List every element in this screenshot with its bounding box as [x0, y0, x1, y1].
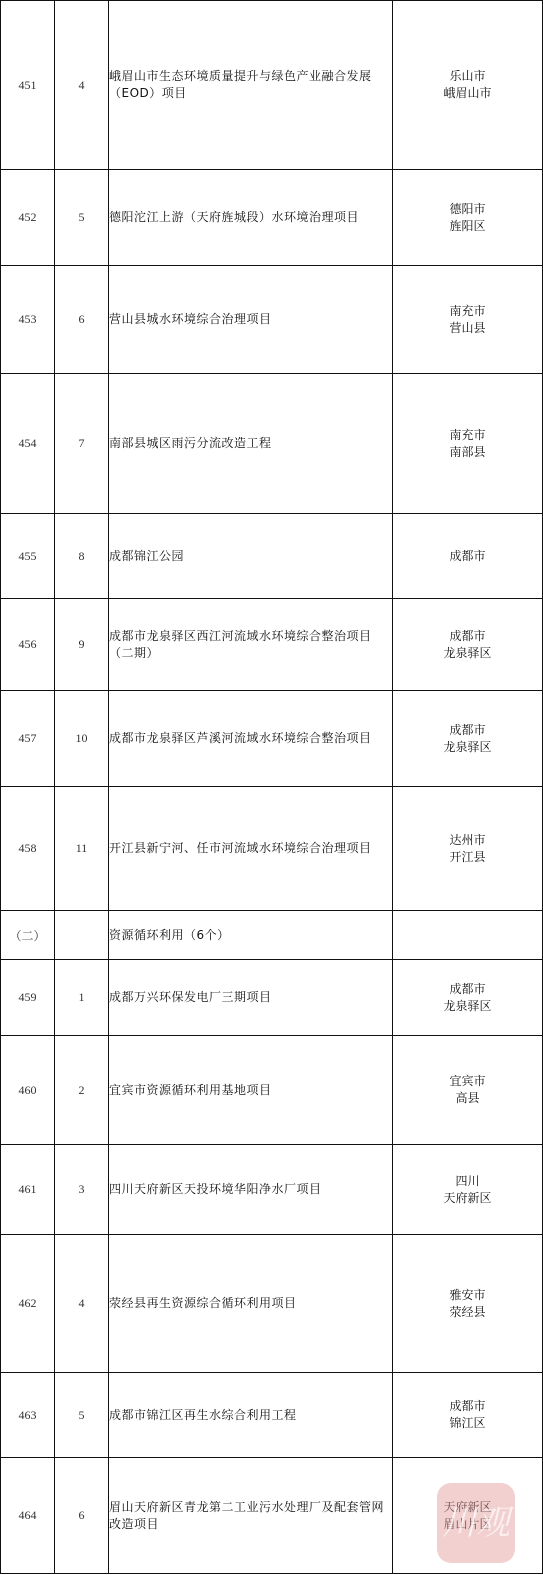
sequence-number-cell: 11 — [55, 787, 109, 911]
location-district: 南部县 — [393, 444, 542, 461]
table-row: 4569成都市龙泉驿区西江河流域水环境综合整治项目（二期）成都市龙泉驿区 — [1, 599, 543, 691]
location-cell: 四川天府新区 — [393, 1145, 543, 1235]
location-city: 天府新区 — [393, 1499, 542, 1516]
location-district: 高县 — [393, 1090, 542, 1107]
section-header-row: （二）资源循环利用（6个） — [1, 911, 543, 960]
table-row: 4613四川天府新区天投环境华阳净水厂项目四川天府新区 — [1, 1145, 543, 1235]
location-district: 峨眉山市 — [393, 85, 542, 102]
location-cell: 德阳市旌阳区 — [393, 170, 543, 266]
location-cell: 成都市锦江区 — [393, 1373, 543, 1458]
project-table-body: 4514峨眉山市生态环境质量提升与绿色产业融合发展（EOD）项目乐山市峨眉山市4… — [1, 1, 543, 1574]
table-row: 4514峨眉山市生态环境质量提升与绿色产业融合发展（EOD）项目乐山市峨眉山市 — [1, 1, 543, 170]
overall-number-cell: 462 — [1, 1235, 55, 1373]
table-row: 45811开江县新宁河、任市河流域水环境综合治理项目达州市开江县 — [1, 787, 543, 911]
sequence-number-cell: 5 — [55, 1373, 109, 1458]
location-district: 旌阳区 — [393, 218, 542, 235]
sequence-number-cell: 6 — [55, 1458, 109, 1574]
location-district: 天府新区 — [393, 1190, 542, 1207]
location-city: 达州市 — [393, 832, 542, 849]
table-row: 4602宜宾市资源循环利用基地项目宜宾市高县 — [1, 1036, 543, 1145]
location-cell: 成都市龙泉驿区 — [393, 691, 543, 787]
sequence-number-cell: 9 — [55, 599, 109, 691]
sequence-number-cell: 4 — [55, 1, 109, 170]
project-name-cell: 成都锦江公园 — [109, 514, 393, 599]
location-city: 南充市 — [393, 427, 542, 444]
location-cell: 雅安市荥经县 — [393, 1235, 543, 1373]
section-title-cell: 资源循环利用（6个） — [109, 911, 393, 960]
location-city: 南充市 — [393, 303, 542, 320]
table-row: 4547南部县城区雨污分流改造工程南充市南部县 — [1, 374, 543, 514]
table-row: 4591成都万兴环保发电厂三期项目成都市龙泉驿区 — [1, 960, 543, 1036]
location-city: 乐山市 — [393, 68, 542, 85]
location-cell: 成都市 — [393, 514, 543, 599]
location-cell: 宜宾市高县 — [393, 1036, 543, 1145]
project-name-cell: 荥经县再生资源综合循环利用项目 — [109, 1235, 393, 1373]
sequence-number-cell: 5 — [55, 170, 109, 266]
overall-number-cell: 457 — [1, 691, 55, 787]
project-name-cell: 峨眉山市生态环境质量提升与绿色产业融合发展（EOD）项目 — [109, 1, 393, 170]
overall-number-cell: 460 — [1, 1036, 55, 1145]
sequence-number-cell: 7 — [55, 374, 109, 514]
location-district: 荥经县 — [393, 1304, 542, 1321]
location-city: 成都市 — [393, 1398, 542, 1415]
project-name-cell: 成都万兴环保发电厂三期项目 — [109, 960, 393, 1036]
table-row: 4624荥经县再生资源综合循环利用项目雅安市荥经县 — [1, 1235, 543, 1373]
sequence-number-cell: 2 — [55, 1036, 109, 1145]
overall-number-cell: （二） — [1, 911, 55, 960]
overall-number-cell: 458 — [1, 787, 55, 911]
location-city: 成都市 — [393, 722, 542, 739]
location-cell: 天府新区眉山片区 — [393, 1458, 543, 1574]
project-name-cell: 成都市龙泉驿区西江河流域水环境综合整治项目（二期） — [109, 599, 393, 691]
table-row: 4525德阳沱江上游（天府旌城段）水环境治理项目德阳市旌阳区 — [1, 170, 543, 266]
location-city: 雅安市 — [393, 1287, 542, 1304]
project-name-cell: 德阳沱江上游（天府旌城段）水环境治理项目 — [109, 170, 393, 266]
overall-number-cell: 455 — [1, 514, 55, 599]
location-city: 成都市 — [393, 981, 542, 998]
location-cell: 南充市营山县 — [393, 266, 543, 374]
location-district: 锦江区 — [393, 1415, 542, 1432]
location-district: 龙泉驿区 — [393, 739, 542, 756]
location-cell: 南充市南部县 — [393, 374, 543, 514]
location-district: 眉山片区 — [393, 1516, 542, 1533]
location-cell: 乐山市峨眉山市 — [393, 1, 543, 170]
sequence-number-cell — [55, 911, 109, 960]
location-district: 开江县 — [393, 849, 542, 866]
overall-number-cell: 461 — [1, 1145, 55, 1235]
location-city: 德阳市 — [393, 201, 542, 218]
location-cell: 成都市龙泉驿区 — [393, 960, 543, 1036]
location-district: 龙泉驿区 — [393, 645, 542, 662]
sequence-number-cell: 10 — [55, 691, 109, 787]
location-city: 成都市 — [393, 548, 542, 565]
overall-number-cell: 463 — [1, 1373, 55, 1458]
sequence-number-cell: 4 — [55, 1235, 109, 1373]
location-city: 成都市 — [393, 628, 542, 645]
sequence-number-cell: 3 — [55, 1145, 109, 1235]
project-name-cell: 成都市锦江区再生水综合利用工程 — [109, 1373, 393, 1458]
location-cell: 成都市龙泉驿区 — [393, 599, 543, 691]
table-row: 4558成都锦江公园成都市 — [1, 514, 543, 599]
sequence-number-cell: 1 — [55, 960, 109, 1036]
project-name-cell: 眉山天府新区青龙第二工业污水处理厂及配套管网改造项目 — [109, 1458, 393, 1574]
overall-number-cell: 453 — [1, 266, 55, 374]
table-row: 4536营山县城水环境综合治理项目南充市营山县 — [1, 266, 543, 374]
table-row: 4646眉山天府新区青龙第二工业污水处理厂及配套管网改造项目天府新区眉山片区 — [1, 1458, 543, 1574]
table-row: 4635成都市锦江区再生水综合利用工程成都市锦江区 — [1, 1373, 543, 1458]
location-district: 营山县 — [393, 320, 542, 337]
project-name-cell: 营山县城水环境综合治理项目 — [109, 266, 393, 374]
location-cell — [393, 911, 543, 960]
overall-number-cell: 464 — [1, 1458, 55, 1574]
project-table: 4514峨眉山市生态环境质量提升与绿色产业融合发展（EOD）项目乐山市峨眉山市4… — [0, 0, 543, 1574]
overall-number-cell: 451 — [1, 1, 55, 170]
table-row: 45710成都市龙泉驿区芦溪河流域水环境综合整治项目成都市龙泉驿区 — [1, 691, 543, 787]
sequence-number-cell: 8 — [55, 514, 109, 599]
project-name-cell: 南部县城区雨污分流改造工程 — [109, 374, 393, 514]
location-district: 龙泉驿区 — [393, 998, 542, 1015]
project-name-cell: 四川天府新区天投环境华阳净水厂项目 — [109, 1145, 393, 1235]
project-name-cell: 成都市龙泉驿区芦溪河流域水环境综合整治项目 — [109, 691, 393, 787]
location-city: 四川 — [393, 1173, 542, 1190]
overall-number-cell: 459 — [1, 960, 55, 1036]
overall-number-cell: 456 — [1, 599, 55, 691]
location-cell: 达州市开江县 — [393, 787, 543, 911]
sequence-number-cell: 6 — [55, 266, 109, 374]
project-name-cell: 宜宾市资源循环利用基地项目 — [109, 1036, 393, 1145]
overall-number-cell: 454 — [1, 374, 55, 514]
overall-number-cell: 452 — [1, 170, 55, 266]
location-city: 宜宾市 — [393, 1073, 542, 1090]
project-name-cell: 开江县新宁河、任市河流域水环境综合治理项目 — [109, 787, 393, 911]
